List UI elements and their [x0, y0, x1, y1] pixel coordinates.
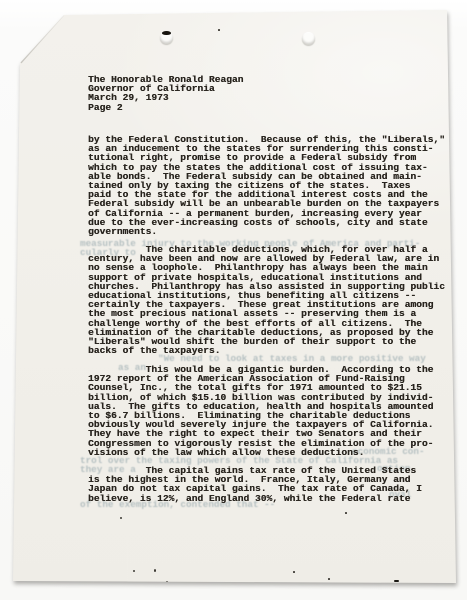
paper-speck — [394, 580, 399, 582]
paper-speck — [345, 512, 347, 514]
letter-paper: measurable injury to the working people … — [0, 0, 467, 600]
letter-header: The Honorable Ronald Reagan Governor of … — [88, 75, 243, 112]
photo-background: measurable injury to the working people … — [0, 0, 467, 600]
paper-speck — [328, 578, 330, 580]
paper-speck — [218, 29, 220, 31]
paper-speck — [120, 517, 122, 519]
paper-speck — [166, 581, 168, 583]
paper-speck — [154, 569, 156, 572]
corner-fold-edge — [20, 14, 64, 63]
letter-paragraph-4: The capital gains tax rate of the United… — [88, 466, 422, 503]
letter-paragraph-3: This would be a gigantic burden. Accordi… — [88, 365, 433, 457]
punch-hole-right — [302, 32, 315, 45]
letter-paragraph-1: by the Federal Constitution. Because of … — [88, 135, 445, 236]
paper-shadow: measurable injury to the working people … — [0, 0, 467, 600]
punch-hole-left — [160, 31, 173, 44]
hole-ink-chip — [162, 31, 171, 35]
paper-speck — [133, 570, 135, 572]
letter-paragraph-2: The charitable deductions, which, for ov… — [88, 245, 445, 355]
paper-speck — [293, 571, 295, 573]
